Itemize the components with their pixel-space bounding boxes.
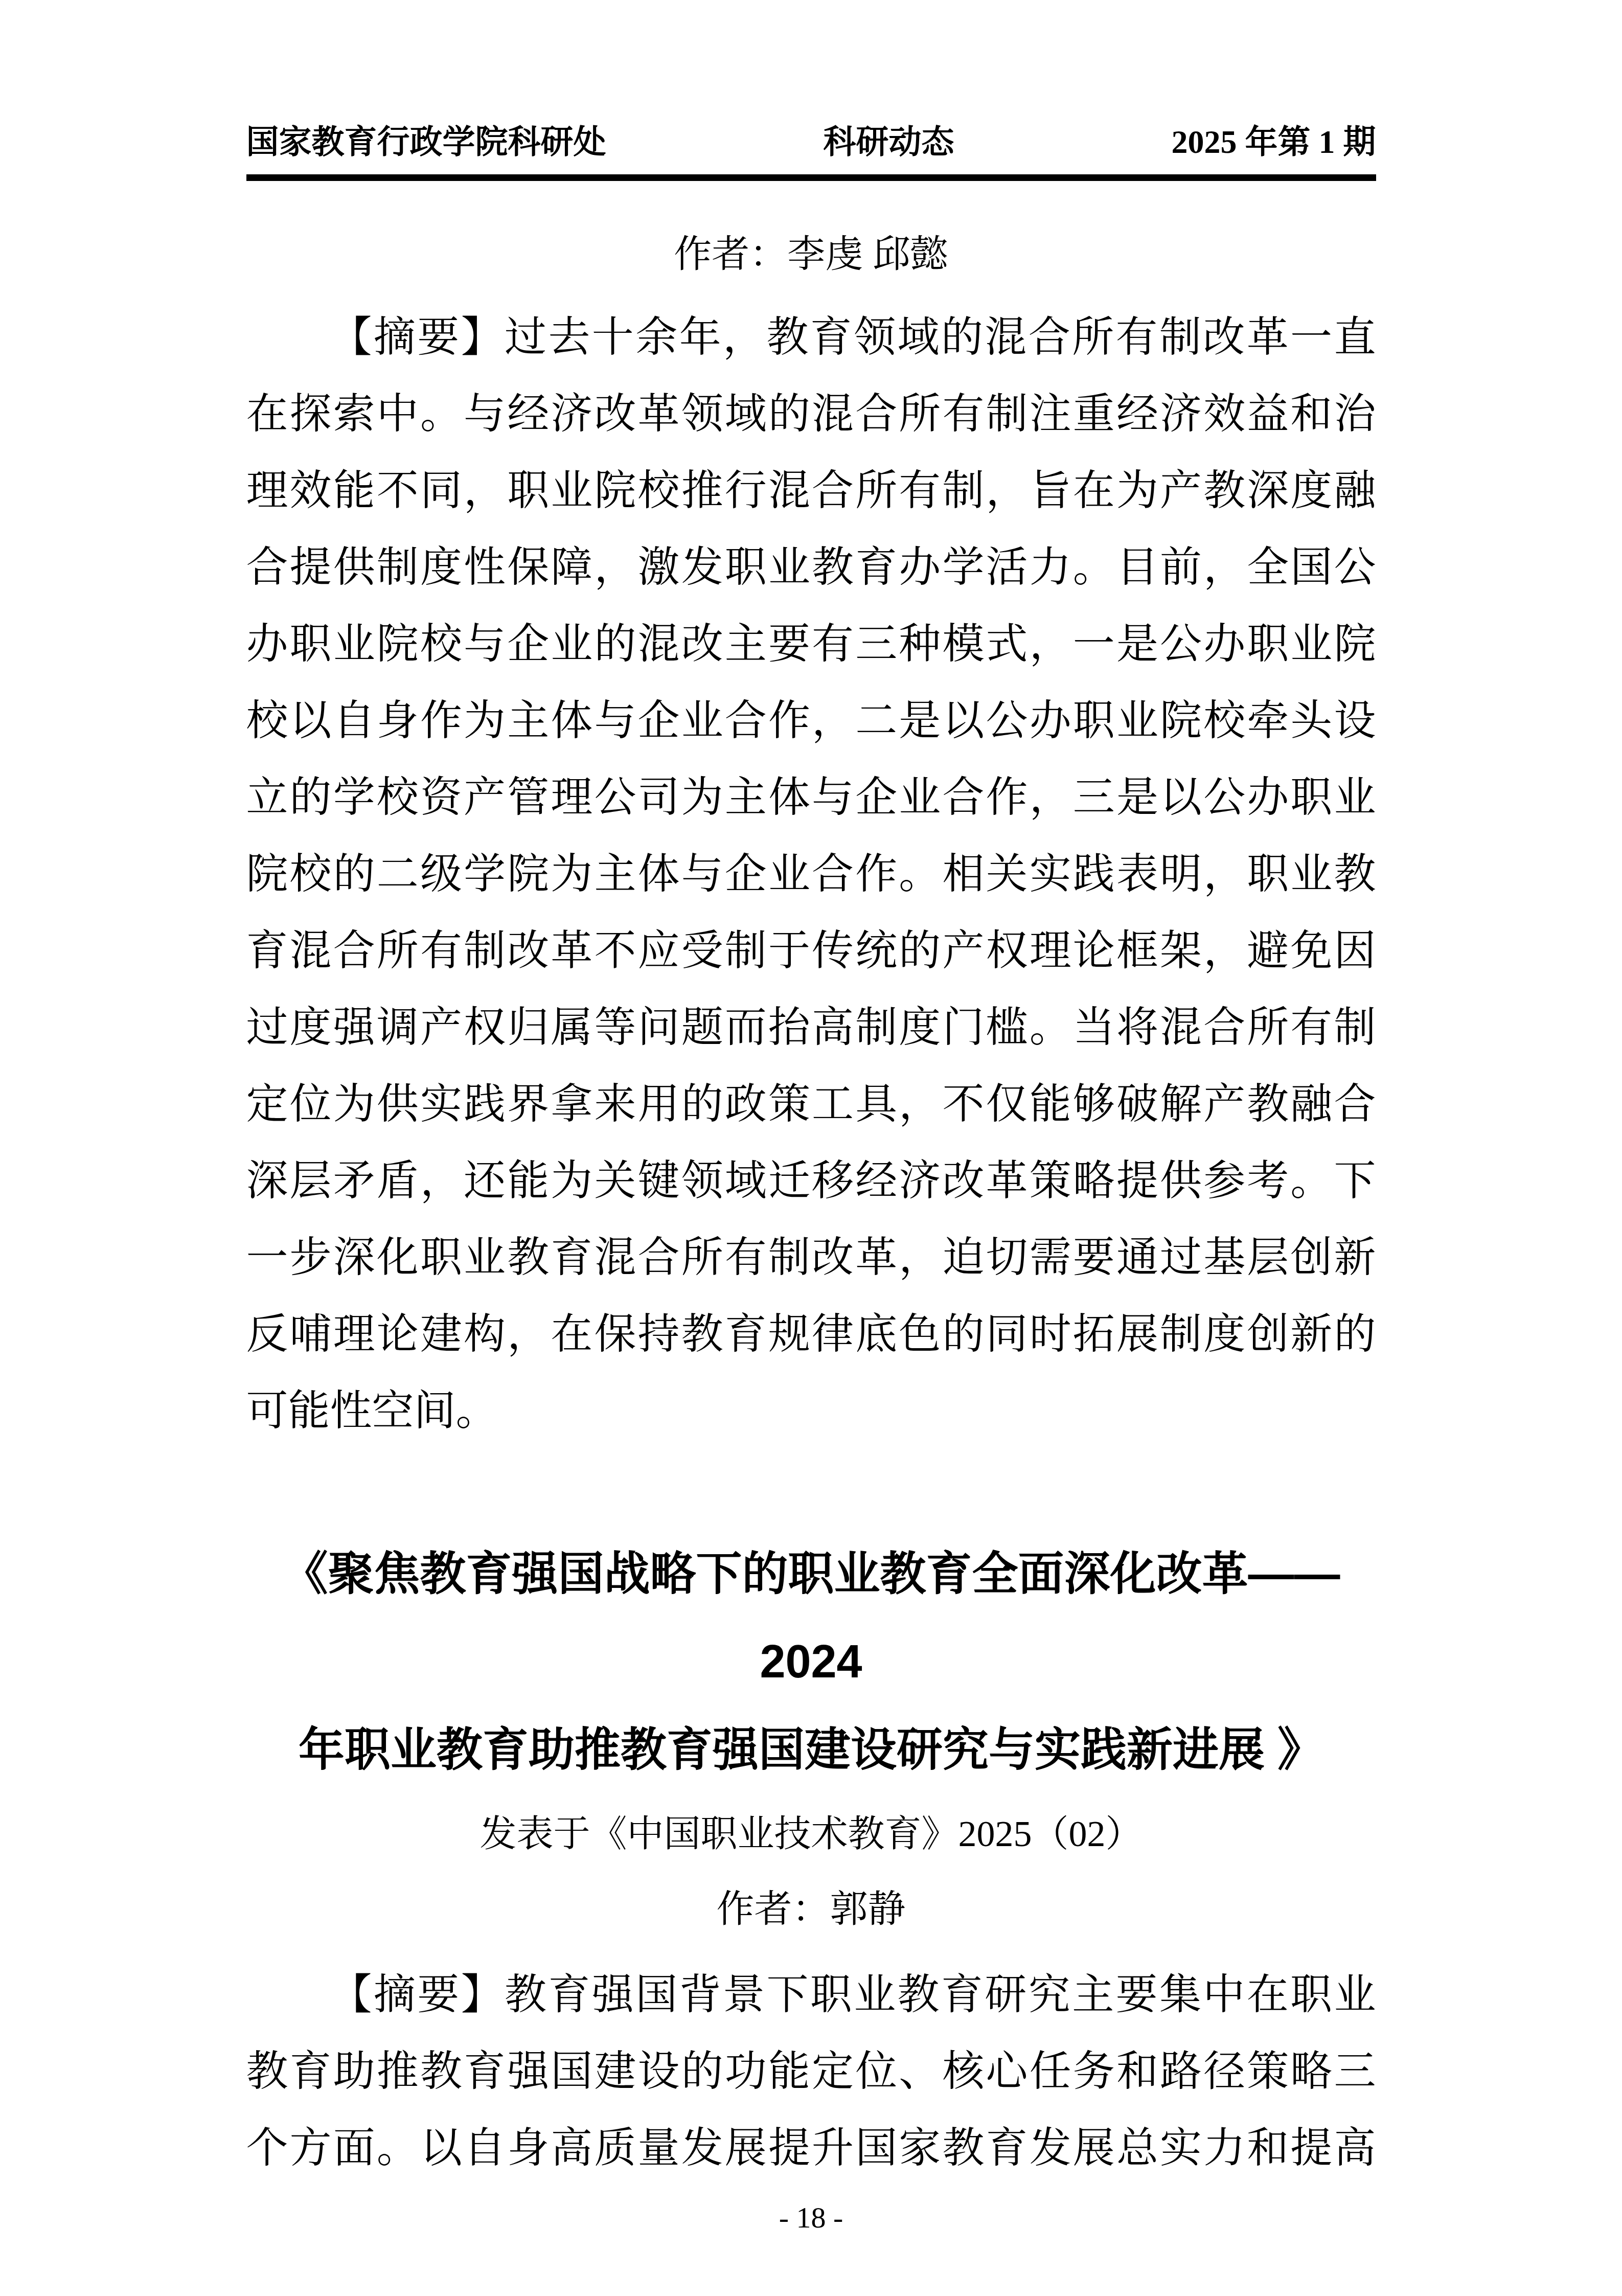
article1-author-line: 作者：李虔 邱懿 xyxy=(246,226,1376,283)
text-line: 【摘要】过去十余年，教育领域的混合所有制改革一直 xyxy=(246,299,1376,376)
article2-author-line: 作者：郭静 xyxy=(246,1882,1376,1937)
text-line: 育混合所有制改革不应受制于传统的产权理论框架，避免因 xyxy=(246,913,1376,989)
text-line: 立的学校资产管理公司为主体与企业合作，三是以公办职业 xyxy=(246,759,1376,836)
text-line: 过度强调产权归属等问题而抬高制度门槛。当将混合所有制 xyxy=(246,989,1376,1066)
header-issue: 2025 年第 1 期 xyxy=(1172,123,1376,161)
text-line: 院校的二级学院为主体与企业合作。相关实践表明，职业教 xyxy=(246,836,1376,913)
article1-abstract: 【摘要】过去十余年，教育领域的混合所有制改革一直在探索中。与经济改革领域的混合所… xyxy=(246,299,1376,1449)
document-page: 国家教育行政学院科研处 科研动态 2025 年第 1 期 作者：李虔 邱懿 【摘… xyxy=(0,0,1622,2296)
text-line: 定位为供实践界拿来用的政策工具，不仅能够破解产教融合 xyxy=(246,1066,1376,1143)
header-rule xyxy=(246,174,1376,181)
text-line: 深层矛盾，还能为关键领域迁移经济改革策略提供参考。下 xyxy=(246,1143,1376,1219)
text-line: 《聚焦教育强国战略下的职业教育全面深化改革——2024 xyxy=(246,1530,1376,1706)
article2-abstract: 【摘要】教育强国背景下职业教育研究主要集中在职业教育助推教育强国建设的功能定位、… xyxy=(246,1957,1376,2187)
article2-published-in: 发表于《中国职业技术教育》2025（02） xyxy=(246,1806,1376,1861)
header-institution: 国家教育行政学院科研处 xyxy=(246,123,606,161)
page-header: 国家教育行政学院科研处 科研动态 2025 年第 1 期 xyxy=(246,123,1376,161)
text-line: 办职业院校与企业的混改主要有三种模式，一是公办职业院 xyxy=(246,606,1376,683)
text-line: 可能性空间。 xyxy=(246,1373,1376,1449)
text-line: 一步深化职业教育混合所有制改革，迫切需要通过基层创新 xyxy=(246,1219,1376,1296)
text-line: 教育助推教育强国建设的功能定位、核心任务和路径策略三 xyxy=(246,2033,1376,2110)
text-line: 合提供制度性保障，激发职业教育办学活力。目前，全国公 xyxy=(246,529,1376,606)
text-line: 年职业教育助推教育强国建设研究与实践新进展 》 xyxy=(246,1706,1376,1794)
text-line: 个方面。以自身高质量发展提升国家教育发展总实力和提高 xyxy=(246,2110,1376,2187)
text-line: 【摘要】教育强国背景下职业教育研究主要集中在职业 xyxy=(246,1957,1376,2033)
text-line: 在探索中。与经济改革领域的混合所有制注重经济效益和治 xyxy=(246,376,1376,452)
header-bulletin-title: 科研动态 xyxy=(824,123,954,161)
page-number: - 18 - xyxy=(246,2203,1376,2233)
text-line: 理效能不同，职业院校推行混合所有制，旨在为产教深度融 xyxy=(246,452,1376,529)
page-content: 国家教育行政学院科研处 科研动态 2025 年第 1 期 作者：李虔 邱懿 【摘… xyxy=(246,0,1376,2233)
text-line: 校以自身作为主体与企业合作，二是以公办职业院校牵头设 xyxy=(246,683,1376,759)
text-line: 反哺理论建构，在保持教育规律底色的同时拓展制度创新的 xyxy=(246,1296,1376,1373)
article2-title: 《聚焦教育强国战略下的职业教育全面深化改革——2024年职业教育助推教育强国建设… xyxy=(246,1530,1376,1794)
